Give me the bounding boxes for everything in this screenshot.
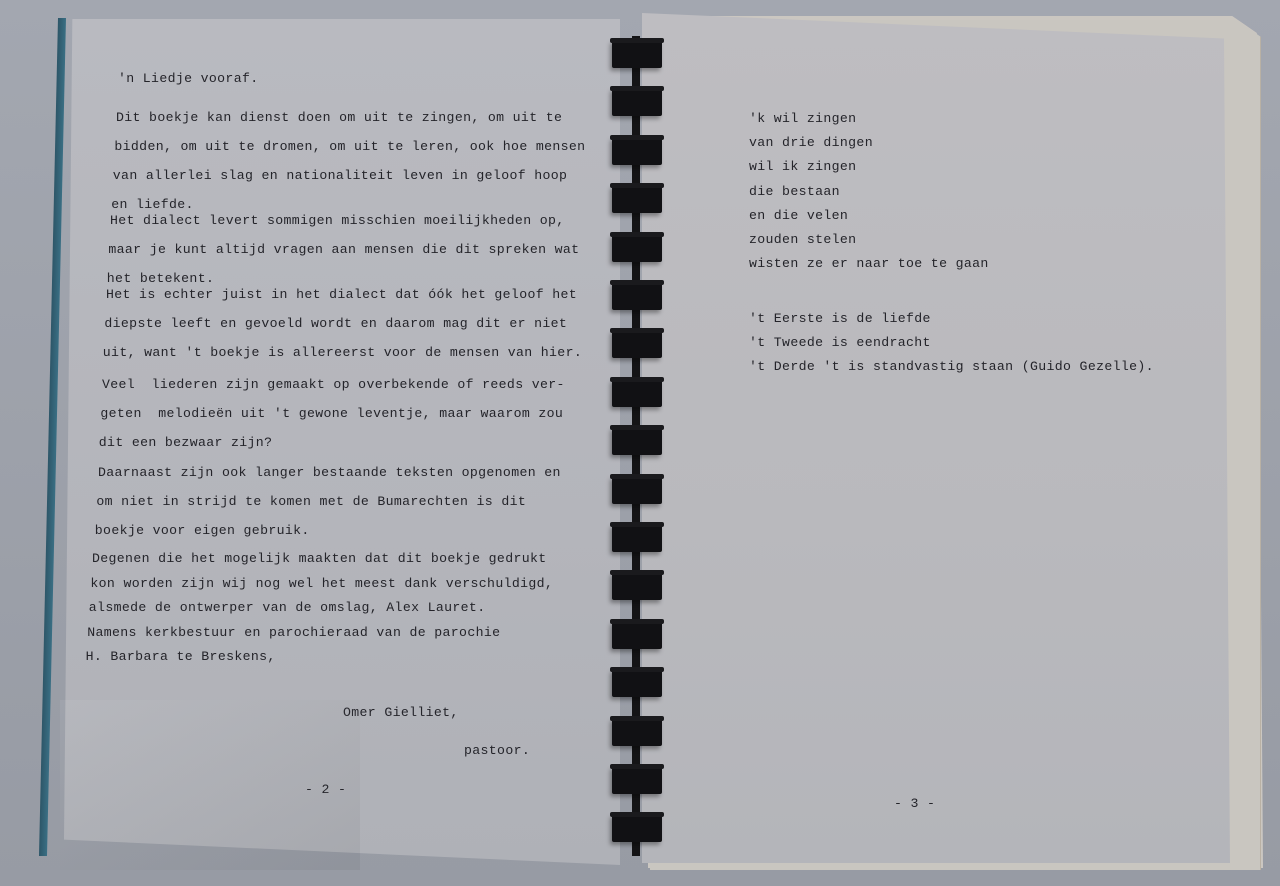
binding-ring bbox=[612, 476, 662, 504]
poem-line: wil ik zingen bbox=[749, 159, 856, 174]
binding-ring bbox=[612, 282, 662, 310]
paragraph-line: het betekent. bbox=[107, 271, 214, 286]
poem-line: 't Eerste is de liefde bbox=[749, 311, 931, 326]
paragraph-line: geten melodieën uit 't gewone leventje, … bbox=[100, 406, 563, 421]
page-number: - 3 - bbox=[894, 796, 935, 811]
binding-ring bbox=[612, 379, 662, 407]
poem-line: 'k wil zingen bbox=[749, 111, 856, 126]
paragraph-line: uit, want 't boekje is allereerst voor d… bbox=[103, 345, 582, 360]
poem-line: van drie dingen bbox=[749, 135, 873, 150]
binding-ring bbox=[612, 621, 662, 649]
binding-ring bbox=[612, 427, 662, 455]
poem-line: wisten ze er naar toe te gaan bbox=[749, 256, 989, 271]
paragraph-line: Het is echter juist in het dialect dat ó… bbox=[106, 287, 577, 302]
signature-title: pastoor. bbox=[464, 743, 530, 758]
paragraph-line: Namens kerkbestuur en parochieraad van d… bbox=[87, 625, 500, 640]
poem-line: 't Tweede is eendracht bbox=[749, 335, 931, 350]
poem-line: die bestaan bbox=[749, 184, 840, 199]
paragraph-line: dit een bezwaar zijn? bbox=[99, 435, 273, 450]
binding-ring bbox=[612, 40, 662, 68]
paragraph-line: om niet in strijd te komen met de Bumare… bbox=[96, 494, 526, 509]
binding-ring bbox=[612, 88, 662, 116]
spiral-binding bbox=[608, 36, 668, 856]
paragraph-line: Veel liederen zijn gemaakt op overbekend… bbox=[102, 377, 565, 392]
paragraph-line: van allerlei slag en nationaliteit leven… bbox=[113, 168, 568, 183]
binding-ring bbox=[612, 669, 662, 697]
poem-line: zouden stelen bbox=[749, 232, 856, 247]
right-page: 'k wil zingenvan drie dingenwil ik zinge… bbox=[642, 13, 1242, 863]
page-number: - 2 - bbox=[305, 782, 346, 797]
signature-name: Omer Gielliet, bbox=[343, 705, 459, 720]
paragraph-line: maar je kunt altijd vragen aan mensen di… bbox=[108, 242, 579, 257]
paragraph-line: bidden, om uit te dromen, om uit te lere… bbox=[114, 139, 585, 154]
paragraph-line: Daarnaast zijn ook langer bestaande teks… bbox=[98, 465, 561, 480]
section-title: 'n Liedje vooraf. bbox=[118, 71, 258, 86]
binding-ring bbox=[612, 524, 662, 552]
paragraph-line: diepste leeft en gevoeld wordt en daarom… bbox=[104, 316, 567, 331]
paragraph-line: boekje voor eigen gebruik. bbox=[95, 523, 310, 538]
binding-ring bbox=[612, 572, 662, 600]
binding-ring bbox=[612, 330, 662, 358]
poem-line: en die velen bbox=[749, 208, 848, 223]
binding-ring bbox=[612, 234, 662, 262]
binding-ring bbox=[612, 814, 662, 842]
binding-ring bbox=[612, 718, 662, 746]
binding-ring bbox=[612, 185, 662, 213]
left-page: 'n Liedje vooraf.Dit boekje kan dienst d… bbox=[64, 19, 620, 865]
paragraph-line: kon worden zijn wij nog wel het meest da… bbox=[90, 576, 553, 591]
binding-ring bbox=[612, 137, 662, 165]
binding-ring bbox=[612, 766, 662, 794]
paragraph-line: en liefde. bbox=[111, 197, 194, 212]
poem-line: 't Derde 't is standvastig staan (Guido … bbox=[749, 359, 1154, 374]
paragraph-line: alsmede de ontwerper van de omslag, Alex… bbox=[89, 600, 486, 615]
paragraph-line: Degenen die het mogelijk maakten dat dit… bbox=[92, 551, 547, 566]
paragraph-line: H. Barbara te Breskens, bbox=[86, 649, 276, 664]
paragraph-line: Het dialect levert sommigen misschien mo… bbox=[110, 213, 565, 228]
paragraph-line: Dit boekje kan dienst doen om uit te zin… bbox=[116, 110, 562, 125]
